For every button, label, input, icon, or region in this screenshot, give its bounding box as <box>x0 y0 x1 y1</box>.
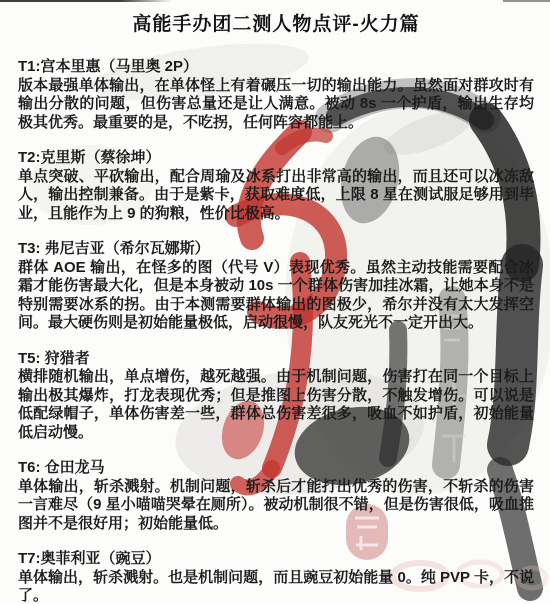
tier-body: 群体 AOE 输出，在怪多的图（代号 V）表现优秀。虽然主动技能需要配合冰霜才能… <box>18 259 534 333</box>
tier-body: 单体输出，斩杀溅射。机制问题，斩杀后才能打出优秀的伤害，不斩杀的伤害一言难尽（9… <box>18 478 534 534</box>
tier-heading: T5: 狩猎者 <box>18 350 534 369</box>
tier-heading: T1:宫本里惠（马里奥 2P） <box>18 58 534 77</box>
tier-body: 横排随机输出，单点增伤，越死越强。由于机制问题，伤害打在同一个目标上输出极其爆炸… <box>18 368 534 442</box>
tier-entry-t1: T1:宫本里惠（马里奥 2P） 版本最强单体输出，在单体怪上有着碾压一切的输出能… <box>18 58 534 132</box>
tier-entry-t7: T7:奥菲利亚（豌豆） 单体输出，斩杀溅射。也是机制问题，而且豌豆初始能量 0。… <box>18 550 534 604</box>
tier-heading: T7:奥菲利亚（豌豆） <box>18 550 534 569</box>
tier-heading: T2:克里斯（蔡徐坤） <box>18 149 534 168</box>
tier-entry-t5: T5: 狩猎者 横排随机输出，单点增伤，越死越强。由于机制问题，伤害打在同一个目… <box>18 350 534 443</box>
tier-heading: T3: 弗尼吉亚（希尔瓦娜斯） <box>18 240 534 259</box>
tier-body: 单体输出，斩杀溅射。也是机制问题，而且豌豆初始能量 0。纯 PVP 卡，不说了。 <box>18 569 534 604</box>
tier-body: 单点突破、平砍输出，配合周瑜及冰系打出非常高的输出，而且还可以冰冻敌人，输出控制… <box>18 168 534 224</box>
tier-entry-t2: T2:克里斯（蔡徐坤） 单点突破、平砍输出，配合周瑜及冰系打出非常高的输出，而且… <box>18 149 534 223</box>
page-title: 高能手办团二测人物点评-火力篇 <box>18 13 534 36</box>
tier-entry-t3: T3: 弗尼吉亚（希尔瓦娜斯） 群体 AOE 输出，在怪多的图（代号 V）表现优… <box>18 240 534 333</box>
document-content: 高能手办团二测人物点评-火力篇 T1:宫本里惠（马里奥 2P） 版本最强单体输出… <box>0 0 550 604</box>
top-border-line-right <box>503 0 550 2</box>
tier-body: 版本最强单体输出，在单体怪上有着碾压一切的输出能力。虽然面对群攻时有输出分散的问… <box>18 77 534 133</box>
top-border-line <box>0 0 172 2</box>
tier-heading: T6: 仓田龙马 <box>18 459 534 478</box>
tier-entry-t6: T6: 仓田龙马 单体输出，斩杀溅射。机制问题，斩杀后才能打出优秀的伤害，不斩杀… <box>18 459 534 533</box>
